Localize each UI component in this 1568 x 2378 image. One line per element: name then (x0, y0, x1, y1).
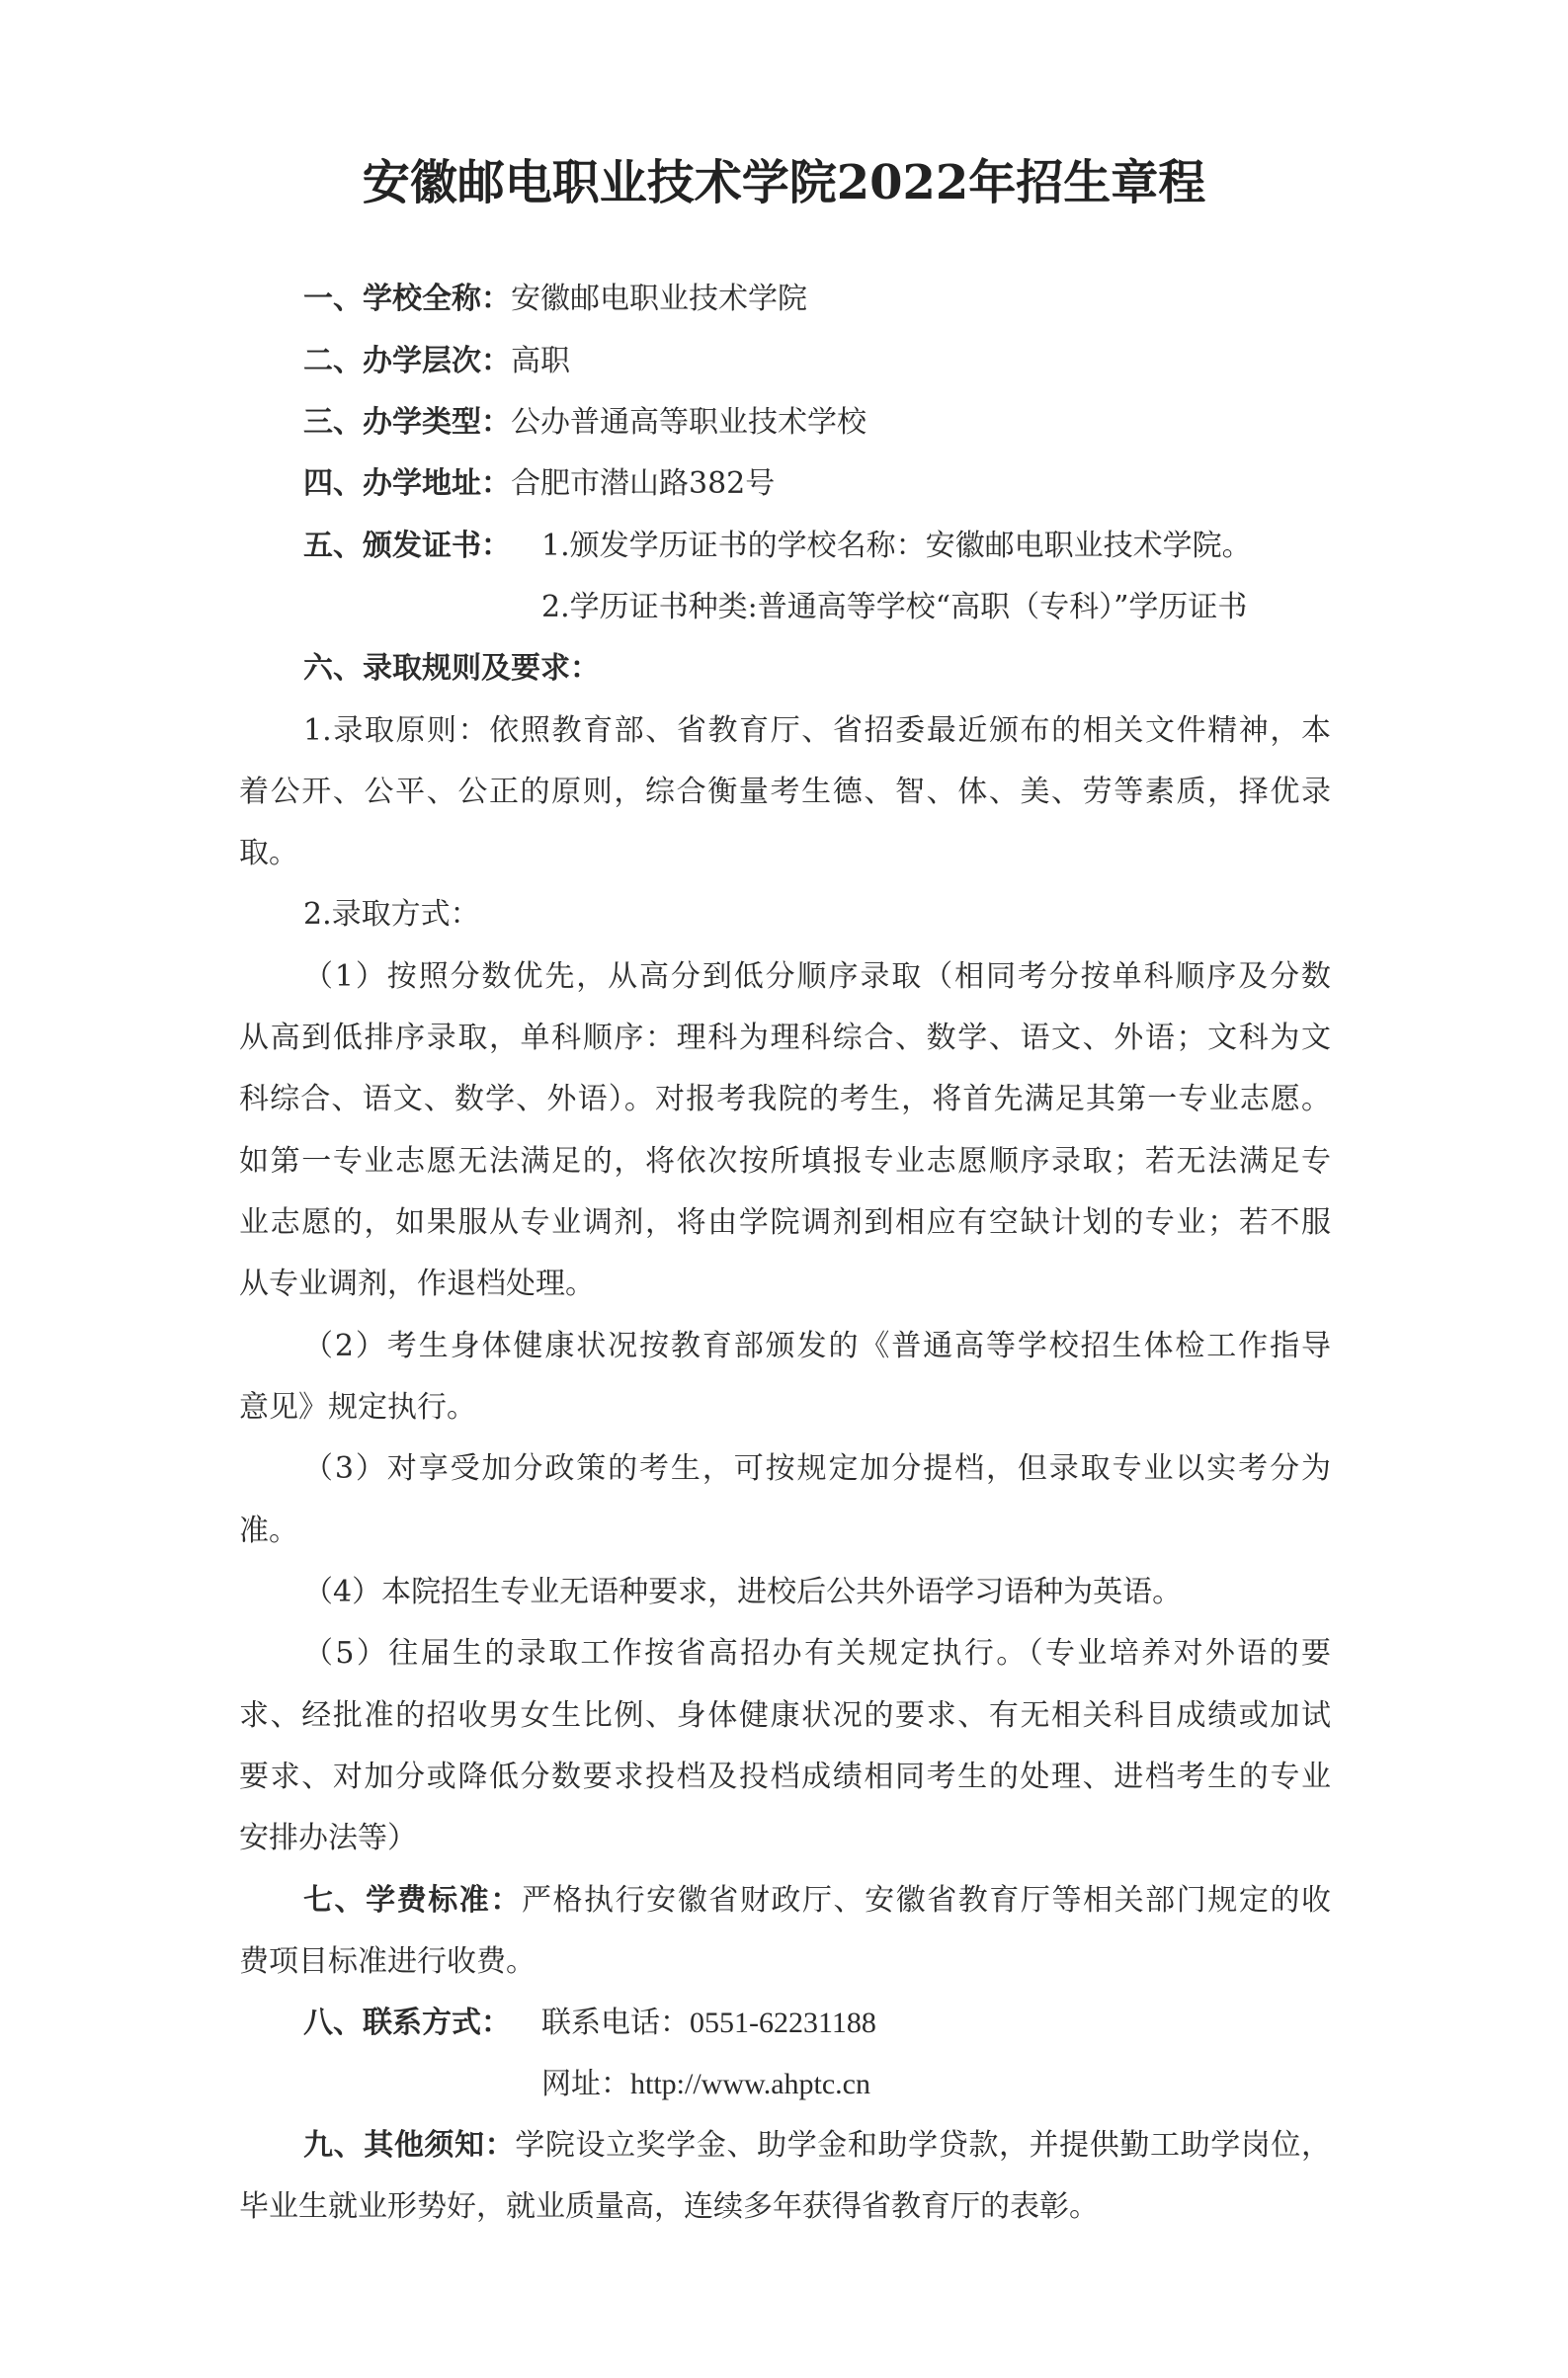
rule1-line: 着公开、公平、公正的原则，综合衡量考生德、智、体、美、劳等素质，择优录 (239, 773, 1331, 812)
p3-line: （3）对享受加分政策的考生，可按规定加分提档，但录取专业以实考分为 (303, 1449, 1331, 1489)
section-contact: 八、联系方式： (303, 2004, 511, 2043)
section-label: 一、学校全称： (303, 282, 511, 316)
section-label: 七、学费标准： (303, 1883, 522, 1918)
p1-line: 业志愿的，如果服从专业调剂，将由学院调剂到相应有空缺计划的专业；若不服 (239, 1203, 1331, 1243)
section-label: 六、录取规则及要求： (303, 651, 600, 686)
p1-line: 从高到低排序录取，单科顺序：理科为理科综合、数学、语文、外语；文科为文 (239, 1019, 1331, 1058)
notes-text: 学院设立奖学金、助学金和助学贷款，并提供勤工助学岗位， (515, 2128, 1331, 2163)
section-tuition: 七、学费标准：严格执行安徽省财政厅、安徽省教育厅等相关部门规定的收 (303, 1881, 1331, 1921)
section-label: 八、联系方式： (303, 2006, 511, 2040)
page-title: 安徽邮电职业技术学院2022年招生章程 (0, 148, 1568, 217)
certificate-item-1: 1.颁发学历证书的学校名称：安徽邮电职业技术学院。 (541, 527, 1252, 566)
section-label: 三、办学类型： (303, 405, 511, 440)
section-other-notes: 九、其他须知：学院设立奖学金、助学金和助学贷款，并提供勤工助学岗位， (303, 2126, 1331, 2166)
p5-line: 求、经批准的招收男女生比例、身体健康状况的要求、有无相关科目成绩或加试 (239, 1696, 1331, 1736)
section-school-level: 二、办学层次：高职 (303, 342, 570, 381)
section-value: 公办普通高等职业技术学校 (511, 405, 867, 440)
section-school-name: 一、学校全称：安徽邮电职业技术学院 (303, 280, 807, 319)
p5-line: （5）往届生的录取工作按省高招办有关规定执行。（专业培养对外语的要 (303, 1634, 1331, 1674)
certificate-item-2: 2.学历证书种类:普通高等学校“高职（专科）”学历证书 (541, 588, 1247, 627)
p5-line: 要求、对加分或降低分数要求投档及投档成绩相同考生的处理、进档考生的专业 (239, 1758, 1331, 1797)
section-school-address: 四、办学地址：合肥市潜山路382号 (303, 464, 775, 504)
section-certificate: 五、颁发证书： (303, 527, 511, 566)
p1-line: （1）按照分数优先，从高分到低分顺序录取（相同考分按单科顺序及分数 (303, 957, 1331, 997)
section-value: 高职 (511, 344, 570, 378)
tuition-text: 严格执行安徽省财政厅、安徽省教育厅等相关部门规定的收 (522, 1883, 1331, 1918)
p1-line: 如第一专业志愿无法满足的，将依次按所填报专业志愿顺序录取；若无法满足专 (239, 1142, 1331, 1182)
section-value: 安徽邮电职业技术学院 (511, 282, 807, 316)
section-label: 二、办学层次： (303, 344, 511, 378)
p2-line: 意见》规定执行。 (239, 1388, 476, 1428)
rule1-line: 取。 (239, 834, 298, 873)
contact-website-link[interactable]: 网址：http://www.ahptc.cn (541, 2065, 870, 2104)
contact-phone: 联系电话：0551-62231188 (541, 2004, 876, 2043)
tuition-text-continued: 费项目标准进行收费。 (239, 1942, 536, 1982)
section-label: 四、办学地址： (303, 466, 511, 501)
notes-text-continued: 毕业生就业形势好，就业质量高，连续多年获得省教育厅的表彰。 (239, 2187, 1099, 2227)
p1-line: 科综合、语文、数学、外语）。对报考我院的考生，将首先满足其第一专业志愿。 (239, 1080, 1331, 1119)
p5-line: 安排办法等） (239, 1819, 417, 1858)
section-value: 合肥市潜山路382号 (511, 466, 775, 501)
section-admission-rules: 六、录取规则及要求： (303, 649, 600, 689)
rule1-line: 1.录取原则：依照教育部、省教育厅、省招委最近颁布的相关文件精神，本 (303, 711, 1331, 751)
section-school-type: 三、办学类型：公办普通高等职业技术学校 (303, 403, 867, 443)
p3-line: 准。 (239, 1512, 298, 1551)
p1-line: 从专业调剂，作退档处理。 (239, 1265, 595, 1304)
section-label: 五、颁发证书： (303, 529, 511, 563)
section-label: 九、其他须知： (303, 2128, 515, 2163)
rule2-heading: 2.录取方式： (303, 895, 480, 935)
p2-line: （2）考生身体健康状况按教育部颁发的《普通高等学校招生体检工作指导 (303, 1327, 1331, 1366)
p4-line: （4）本院招生专业无语种要求，进校后公共外语学习语种为英语。 (303, 1573, 1182, 1612)
